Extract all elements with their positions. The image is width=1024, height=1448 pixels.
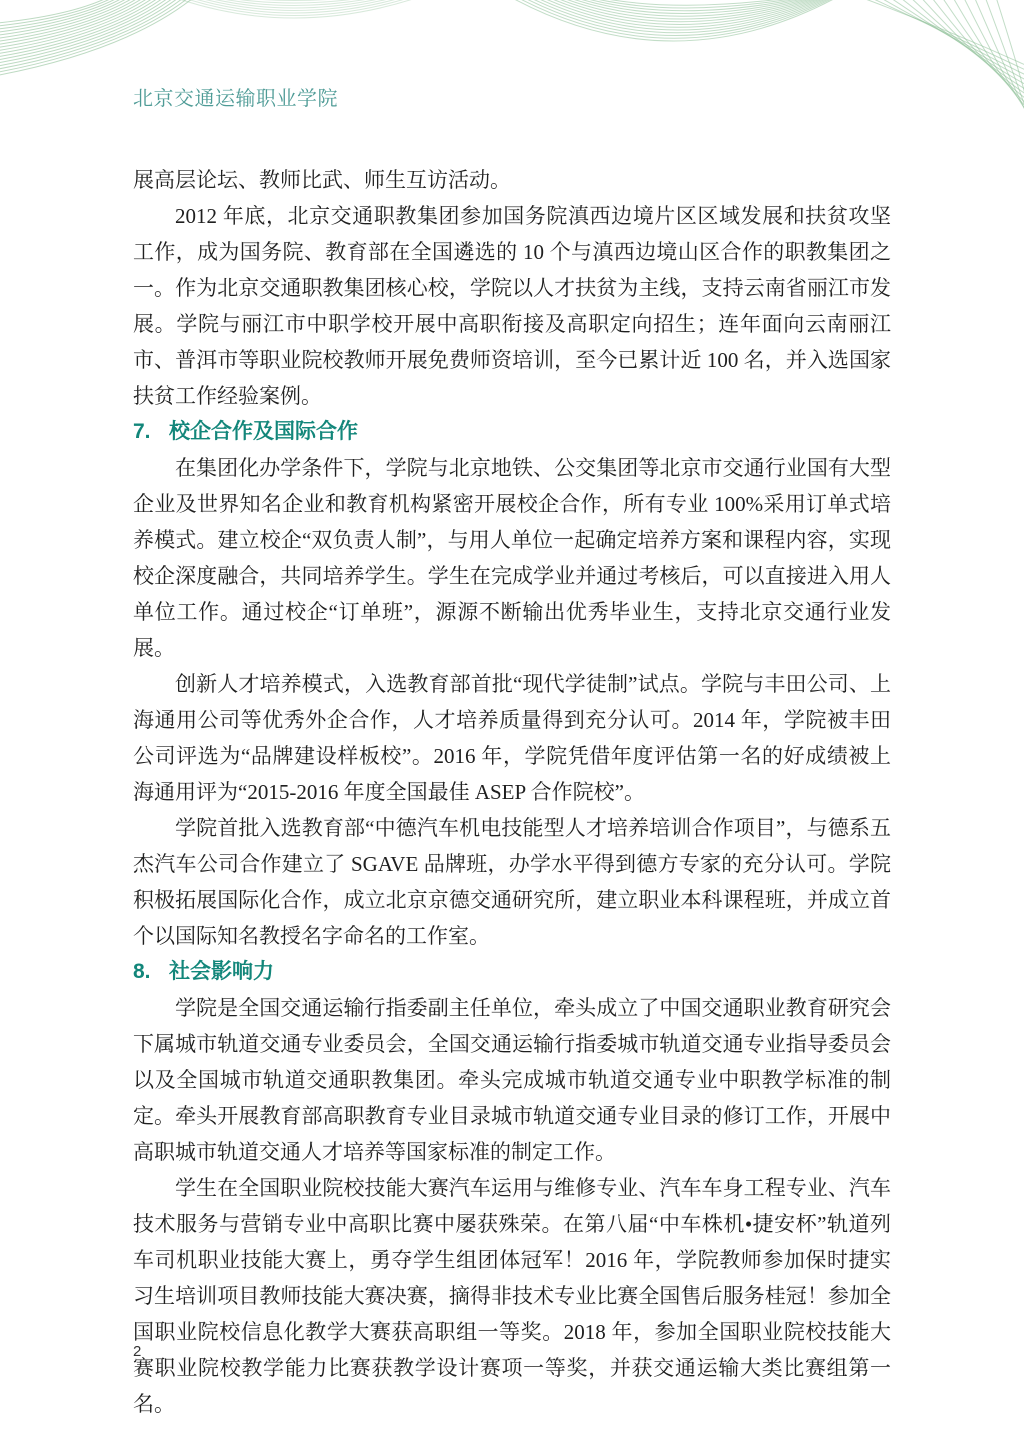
paragraph-talent-training-model: 创新人才培养模式，入选教育部首批“现代学徒制”试点。学院与丰田公司、上海通用公司… bbox=[133, 666, 891, 810]
paragraph-social-influence: 学院是全国交通运输行指委副主任单位，牵头成立了中国交通职业教育研究会下属城市轨道… bbox=[133, 990, 891, 1170]
heading-title: 社会影响力 bbox=[169, 954, 274, 990]
paragraph-poverty-alleviation: 2012 年底，北京交通职教集团参加国务院滇西边境片区区域发展和扶贫攻坚工作，成… bbox=[133, 198, 891, 414]
page-number: 2 bbox=[133, 1343, 141, 1360]
section-heading-7: 7. 校企合作及国际合作 bbox=[133, 414, 891, 450]
page-header-school-name: 北京交通运输职业学院 bbox=[133, 82, 338, 111]
paragraph-international-cooperation: 学院首批入选教育部“中德汽车机电技能型人才培养培训合作项目”，与德系五杰汽车公司… bbox=[133, 810, 891, 954]
paragraph-continuation: 展高层论坛、教师比武、师生互访活动。 bbox=[133, 162, 891, 198]
document-body: 展高层论坛、教师比武、师生互访活动。 2012 年底，北京交通职教集团参加国务院… bbox=[133, 162, 891, 1422]
section-heading-8: 8. 社会影响力 bbox=[133, 954, 891, 990]
paragraph-competition-awards: 学生在全国职业院校技能大赛汽车运用与维修专业、汽车车身工程专业、汽车技术服务与营… bbox=[133, 1170, 891, 1422]
heading-number: 8. bbox=[133, 954, 169, 990]
heading-title: 校企合作及国际合作 bbox=[169, 414, 358, 450]
paragraph-school-enterprise-cooperation: 在集团化办学条件下，学院与北京地铁、公交集团等北京市交通行业国有大型企业及世界知… bbox=[133, 450, 891, 666]
heading-number: 7. bbox=[133, 414, 169, 450]
document-page: 北京交通运输职业学院 展高层论坛、教师比武、师生互访活动。 2012 年底，北京… bbox=[0, 0, 1024, 1448]
